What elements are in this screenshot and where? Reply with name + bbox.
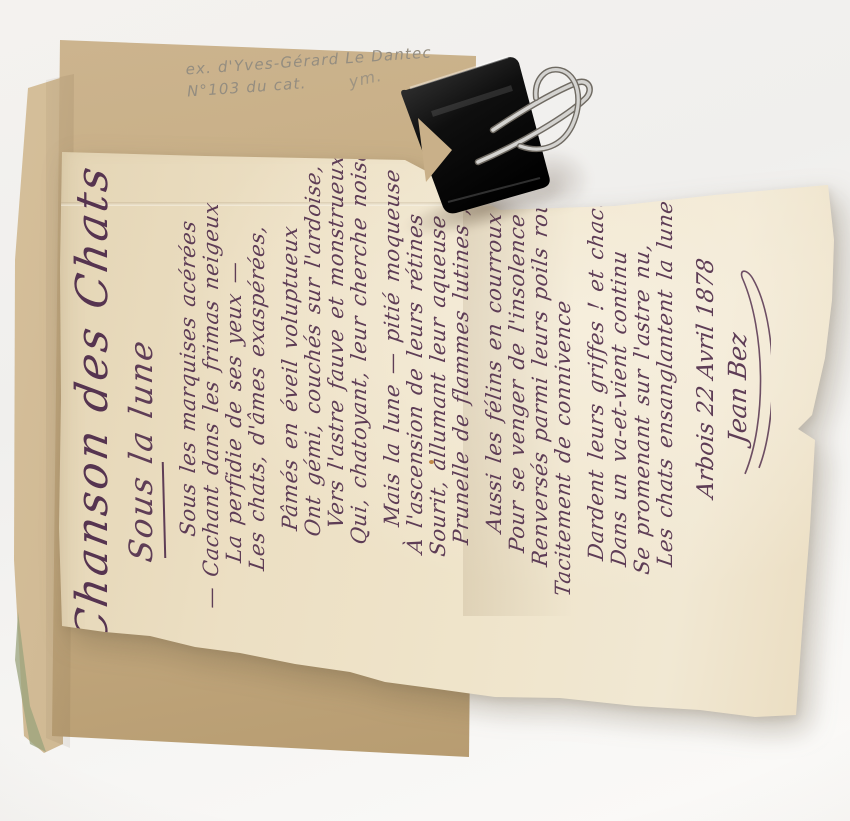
pencil-initials: ym. [346, 65, 383, 93]
poem-line: Vers l'astre fauve et monstrueux [325, 147, 348, 530]
manuscript-photo: ex. d'Yves-Gérard Le Dantec N°103 du cat… [0, 0, 850, 821]
dateline: Arbois 22 Avril 1878 [691, 146, 721, 500]
poem-subtitle: Sous la lune [121, 143, 161, 565]
poem-line: Se promenant sur l'astre nu, [631, 147, 654, 576]
poem-line: Ont gémi, couchés sur l'ardoise, [302, 147, 325, 538]
poem-line: Les chats, d'âmes exaspérées, [246, 147, 269, 572]
poem-line: Les chats ensanglantent la lune. [654, 147, 677, 568]
poem-line: — Cachant dans les frimas neigeux [200, 147, 223, 610]
poem-line: Sous les marquises acérées [177, 147, 200, 538]
signature: Jean Bez [723, 146, 753, 445]
stanza-5: Dardent leurs griffes ! et chacune Dans … [585, 150, 677, 650]
poem-line: La perfidie de ses yeux — [223, 147, 246, 564]
poem-line: Pâmés en éveil voluptueux [279, 147, 302, 532]
stanza-1: Sous les marquises acérées — Cachant dan… [177, 150, 269, 650]
binder-clip [390, 52, 605, 220]
stanza-2: Pâmés en éveil voluptueux Ont gémi, couc… [279, 150, 371, 650]
poem-line: Qui, chatoyant, leur cherche noise ! [348, 147, 371, 546]
poem-title: Chanson des Chats [65, 140, 121, 648]
poem-line: Dans un va-et-vient continu [608, 147, 631, 568]
signature-flourish [735, 256, 771, 481]
subtitle-underline [162, 462, 167, 558]
